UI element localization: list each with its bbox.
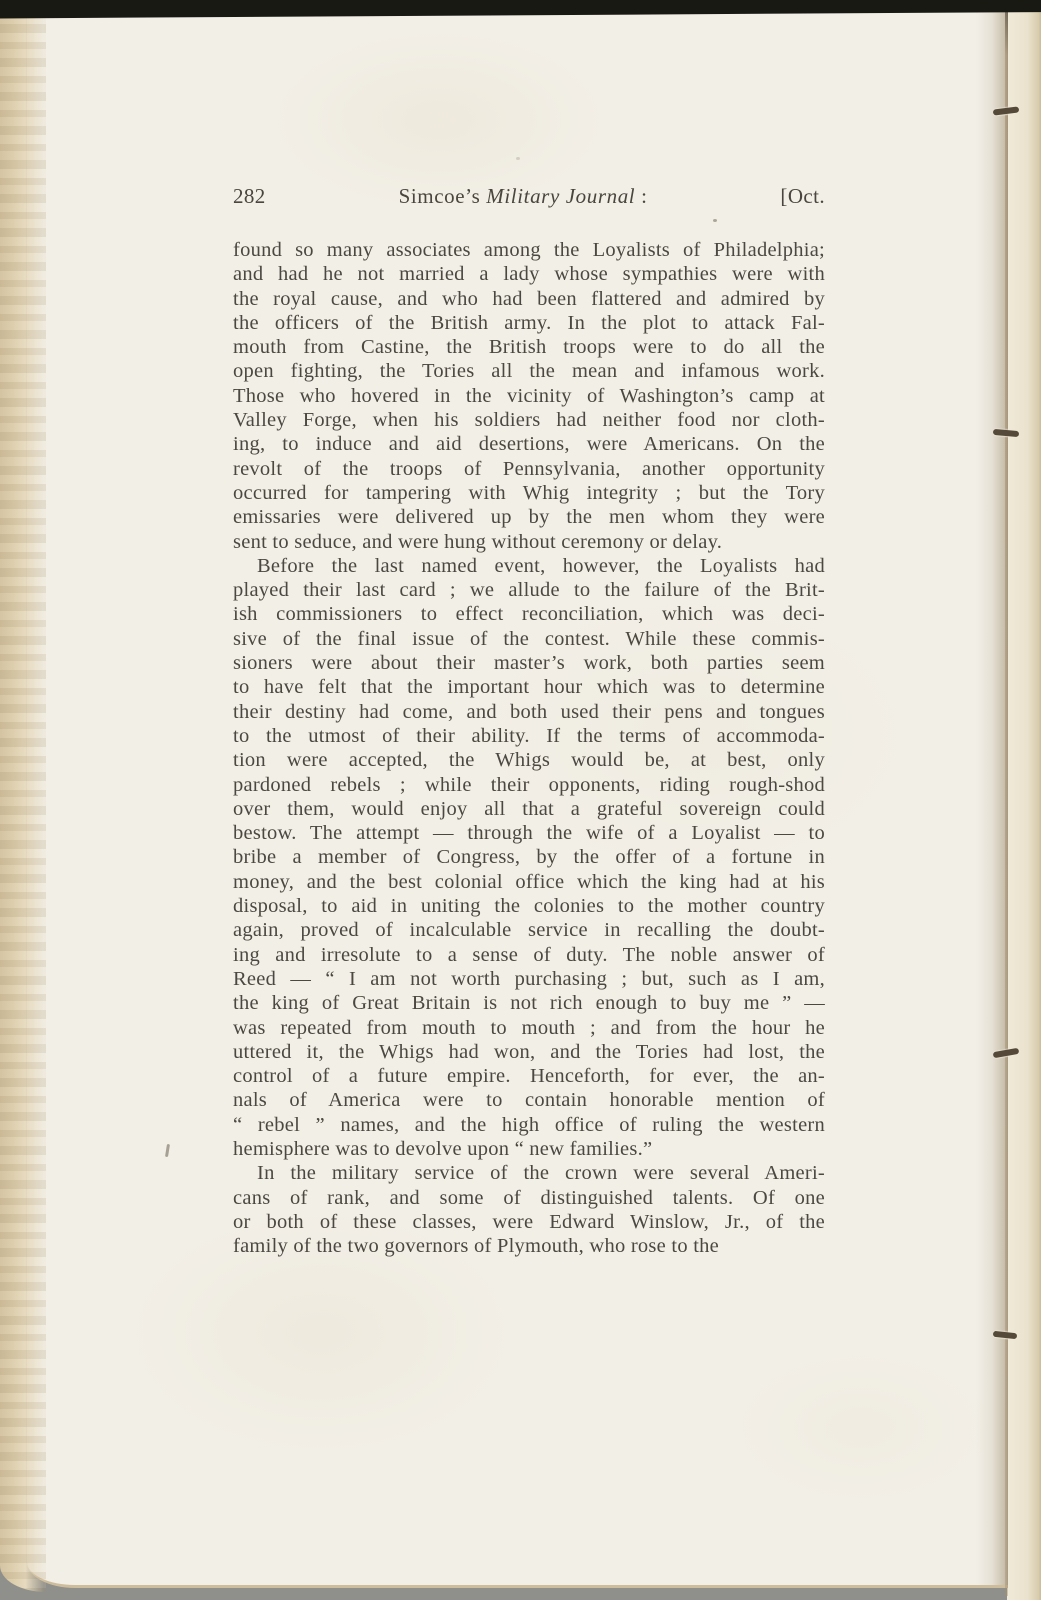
text-line: the royal cause, and who had been flatte… (233, 287, 825, 311)
page-number: 282 (233, 184, 266, 209)
body-text: found so many associates among the Loyal… (233, 238, 825, 1258)
running-title: Simcoe’s Military Journal : (399, 184, 648, 209)
text-line: pardoned rebels ; while their opponents,… (233, 773, 825, 797)
text-line: revolt of the troops of Pennsylvania, an… (233, 457, 825, 481)
running-title-roman: Simcoe’s (399, 184, 487, 208)
text-line: and had he not married a lady whose symp… (233, 262, 825, 286)
text-line: the king of Great Britain is not rich en… (233, 991, 825, 1015)
text-line: bestow. The attempt — through the wife o… (233, 821, 825, 845)
text-line: cans of rank, and some of distinguished … (233, 1186, 825, 1210)
text-line: money, and the best colonial office whic… (233, 870, 825, 894)
text-line: disposal, to aid in uniting the colonies… (233, 894, 825, 918)
text-line: Those who hovered in the vicinity of Was… (233, 384, 825, 408)
text-line: control of a future empire. Henceforth, … (233, 1064, 825, 1088)
book-page: 282 Simcoe’s Military Journal : [Oct. fo… (27, 10, 1008, 1588)
text-line: hemisphere was to devolve upon “ new fam… (233, 1137, 825, 1161)
text-line: sioners were about their master’s work, … (233, 651, 825, 675)
paper-speck (516, 157, 520, 160)
ink-mark (165, 1144, 170, 1157)
text-line: Reed — “ I am not worth purchasing ; but… (233, 967, 825, 991)
text-line: In the military service of the crown wer… (233, 1161, 825, 1185)
text-line: Valley Forge, when his soldiers had neit… (233, 408, 825, 432)
text-line: sive of the final issue of the contest. … (233, 627, 825, 651)
text-line: to have felt that the important hour whi… (233, 675, 825, 699)
text-line: their destiny had come, and both used th… (233, 700, 825, 724)
text-line: tion were accepted, the Whigs would be, … (233, 748, 825, 772)
text-line: Before the last named event, however, th… (233, 554, 825, 578)
text-line: ing, to induce and aid desertions, were … (233, 432, 825, 456)
text-line: played their last card ; we allude to th… (233, 578, 825, 602)
text-line: to the utmost of their ability. If the t… (233, 724, 825, 748)
text-line: uttered it, the Whigs had won, and the T… (233, 1040, 825, 1064)
text-line: emissaries were delivered up by the men … (233, 505, 825, 529)
running-title-colon: : (635, 184, 647, 208)
text-line: ish commissioners to effect reconciliati… (233, 602, 825, 626)
gutter-fold-line (1005, 8, 1008, 1596)
text-line: family of the two governors of Plymouth,… (233, 1234, 825, 1258)
page-edge-stack (0, 8, 46, 1592)
issue-date: [Oct. (780, 184, 825, 209)
text-line: bribe a member of Congress, by the offer… (233, 845, 825, 869)
text-line: open fighting, the Tories all the mean a… (233, 359, 825, 383)
text-line: “ rebel ” names, and the high office of … (233, 1113, 825, 1137)
text-line: found so many associates among the Loyal… (233, 238, 825, 262)
text-line: or both of these classes, were Edward Wi… (233, 1210, 825, 1234)
text-line: sent to seduce, and were hung without ce… (233, 530, 825, 554)
text-line: nals of America were to contain honorabl… (233, 1088, 825, 1112)
running-title-italic: Military Journal (486, 184, 635, 208)
text-line: again, proved of incalculable service in… (233, 918, 825, 942)
text-line: was repeated from mouth to mouth ; and f… (233, 1016, 825, 1040)
adjacent-page-edge (1007, 6, 1041, 1600)
text-line: ing and irresolute to a sense of duty. T… (233, 943, 825, 967)
text-line: the officers of the British army. In the… (233, 311, 825, 335)
paper-speck (713, 219, 717, 222)
book-page-scan: 282 Simcoe’s Military Journal : [Oct. fo… (0, 0, 1041, 1600)
text-line: over them, would enjoy all that a gratef… (233, 797, 825, 821)
text-line: occurred for tampering with Whig integri… (233, 481, 825, 505)
gutter-shadow (976, 10, 1008, 1585)
text-line: mouth from Castine, the British troops w… (233, 335, 825, 359)
page-header: 282 Simcoe’s Military Journal : [Oct. (233, 184, 825, 209)
